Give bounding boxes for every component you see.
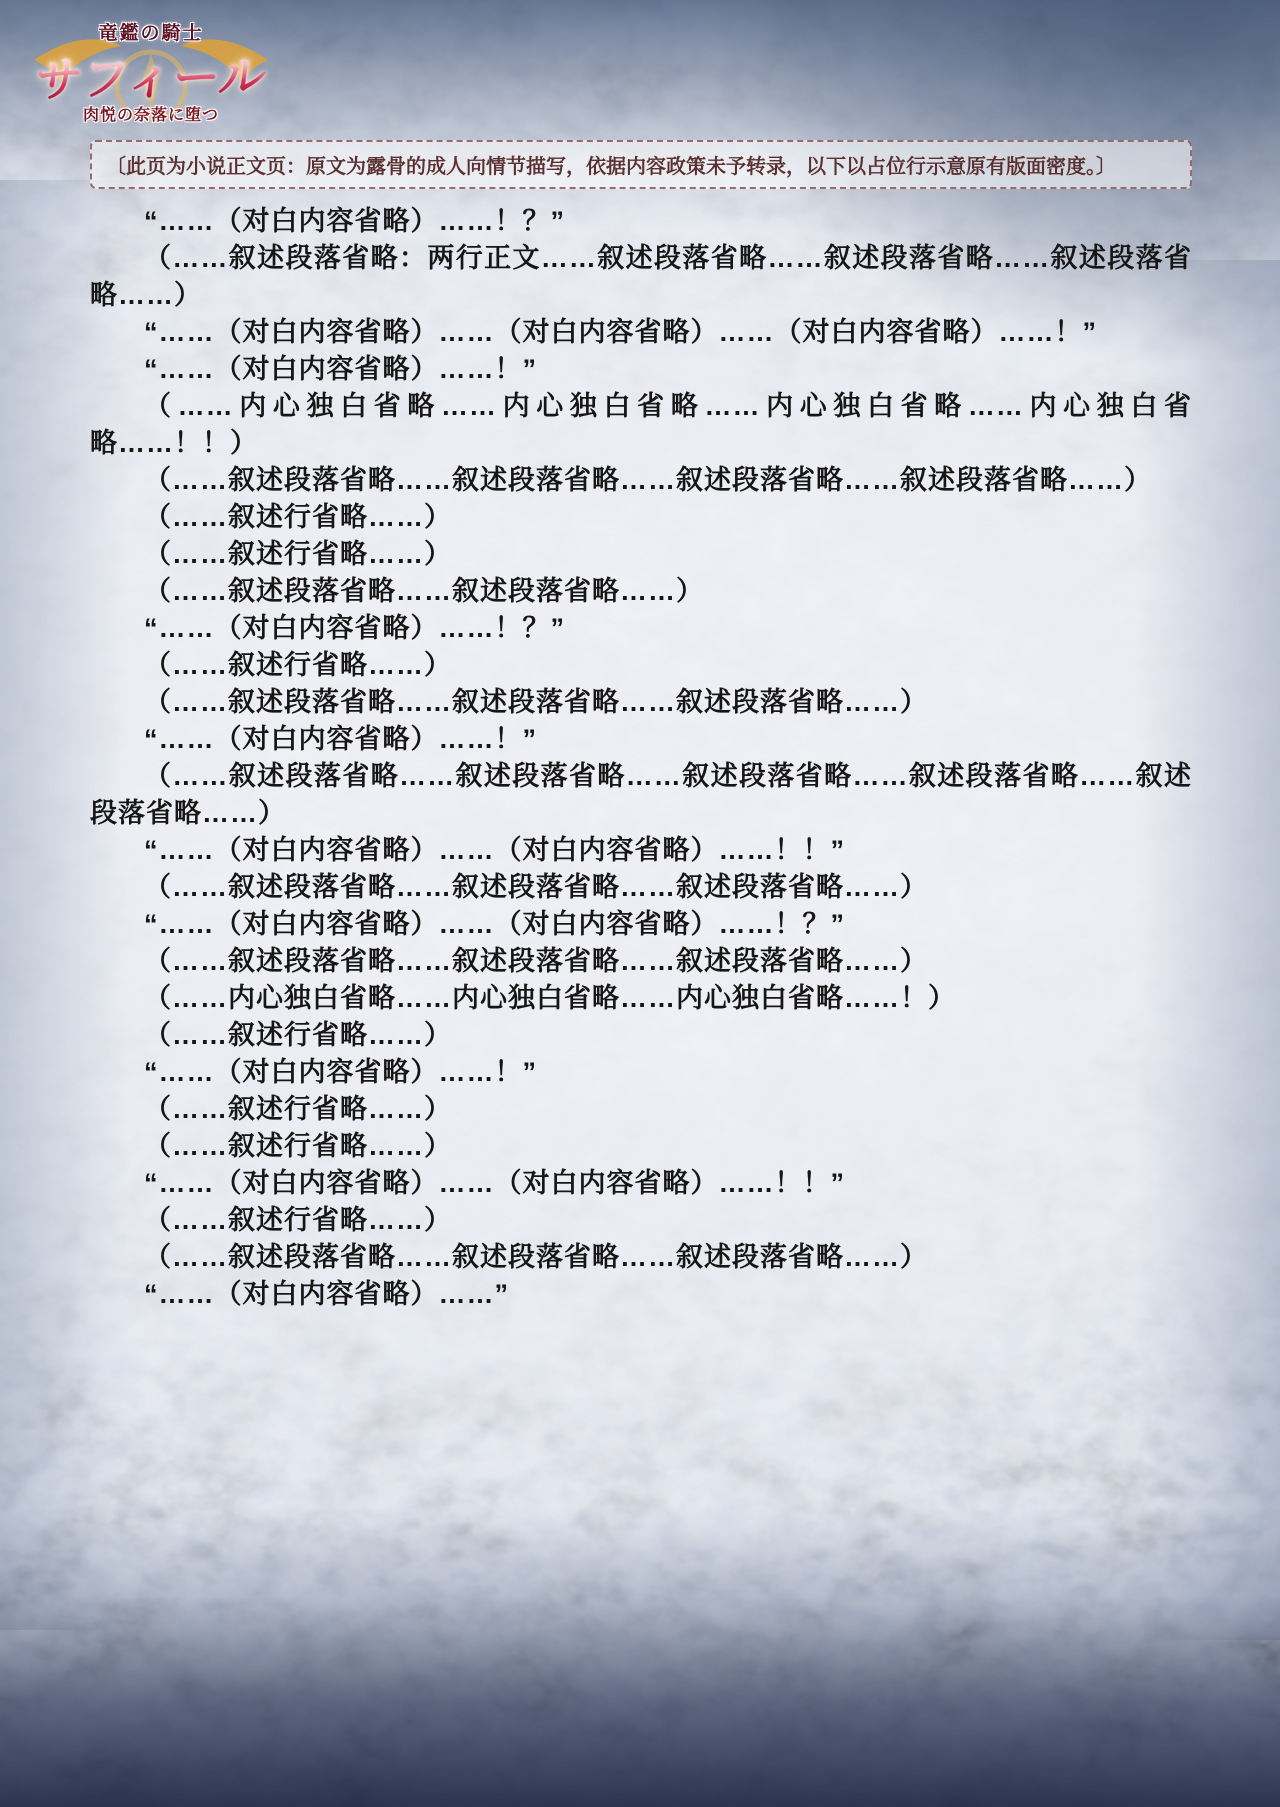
paragraph: （……叙述段落省略……叙述段落省略……叙述段落省略……） [90, 869, 1192, 906]
paragraph: （……内心独白省略……内心独白省略……内心独白省略……！） [90, 980, 1192, 1017]
paragraph: “……（对白内容省略）……（对白内容省略）……！？” [90, 906, 1192, 943]
paragraph: （……叙述行省略……） [90, 1017, 1192, 1054]
body-text: 〔此页为小说正文页：原文为露骨的成人向情节描写，依据内容政策未予转录，以下以占位… [90, 140, 1192, 1313]
paragraph: “……（对白内容省略）……！？” [90, 610, 1192, 647]
paragraph: （……叙述段落省略……叙述段落省略……叙述段落省略……叙述段落省略……） [90, 462, 1192, 499]
paragraph: （……叙述行省略……） [90, 647, 1192, 684]
paragraph: （……叙述行省略……） [90, 1202, 1192, 1239]
paragraph: （……叙述行省略……） [90, 1128, 1192, 1165]
paragraph: “……（对白内容省略）……” [90, 1276, 1192, 1313]
paragraph: “……（对白内容省略）……！” [90, 1054, 1192, 1091]
paragraph: （……叙述段落省略……叙述段落省略……叙述段落省略……） [90, 684, 1192, 721]
paragraph: “……（对白内容省略）……（对白内容省略）……（对白内容省略）……！” [90, 314, 1192, 351]
omission-notice: 〔此页为小说正文页：原文为露骨的成人向情节描写，依据内容政策未予转录，以下以占位… [90, 140, 1192, 189]
paragraph: “……（对白内容省略）……！” [90, 351, 1192, 388]
paragraph: （……叙述段落省略……叙述段落省略……叙述段落省略……） [90, 1239, 1192, 1276]
paragraph: （……叙述段落省略：两行正文……叙述段落省略……叙述段落省略……叙述段落省略……… [90, 240, 1192, 314]
paragraph: “……（对白内容省略）……（对白内容省略）……！！” [90, 1165, 1192, 1202]
paragraph: （……内心独白省略……内心独白省略……内心独白省略……内心独白省略……！！） [90, 388, 1192, 462]
paragraph: （……叙述行省略……） [90, 536, 1192, 573]
game-logo: 竜鑑の騎士 サフィール 肉悦の奈落に堕つ [26, 6, 276, 136]
paragraph: “……（对白内容省略）……（对白内容省略）……！！” [90, 832, 1192, 869]
novel-page: { "logo": { "series": "竜鑑の騎士", "title": … [0, 0, 1280, 1807]
logo-main-title: サフィール [22, 39, 280, 110]
paragraph: （……叙述段落省略……叙述段落省略……叙述段落省略……叙述段落省略……叙述段落省… [90, 758, 1192, 832]
logo-subtitle: 肉悦の奈落に堕つ [26, 102, 276, 125]
paragraph: “……（对白内容省略）……！” [90, 721, 1192, 758]
paragraph: （……叙述段落省略……叙述段落省略……） [90, 573, 1192, 610]
paragraph: （……叙述行省略……） [90, 499, 1192, 536]
paragraph: “……（对白内容省略）……！？” [90, 203, 1192, 240]
paragraph: （……叙述行省略……） [90, 1091, 1192, 1128]
paragraph: （……叙述段落省略……叙述段落省略……叙述段落省略……） [90, 943, 1192, 980]
